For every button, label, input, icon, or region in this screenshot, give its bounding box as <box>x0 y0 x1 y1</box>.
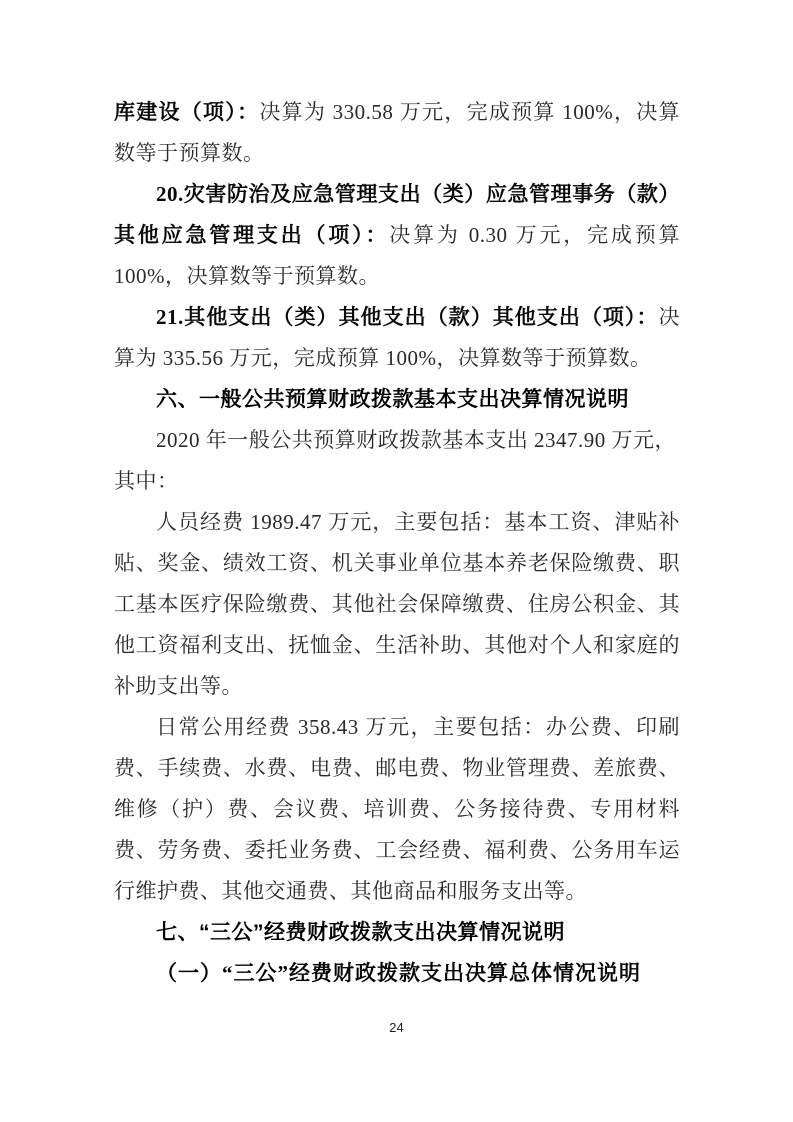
page-number: 24 <box>0 1020 793 1035</box>
paragraph-personnel-funds: 人员经费 1989.47 万元，主要包括：基本工资、津贴补贴、奖金、绩效工资、机… <box>114 502 680 707</box>
paragraph-daily-public-funds: 日常公用经费 358.43 万元，主要包括：办公费、印刷费、手续费、水费、电费、… <box>114 707 680 912</box>
paragraph-item20: 20.灾害防治及应急管理支出（类）应急管理事务（款）其他应急管理支出（项）：决算… <box>114 174 680 297</box>
paragraph-item21: 21.其他支出（类）其他支出（款）其他支出（项）：决算为 335.56 万元，完… <box>114 297 680 379</box>
item21-heading-run: 21.其他支出（类）其他支出（款）其他支出（项）： <box>156 305 659 329</box>
item19-heading-run: 库建设（项）： <box>114 100 259 124</box>
document-page: 库建设（项）：决算为 330.58 万元，完成预算 100%，决算数等于预算数。… <box>0 0 793 1122</box>
basic-expenditure-line1: 2020 年一般公共预算财政拨款基本支出 2347.90 万元， <box>156 428 676 452</box>
paragraph-basic-expenditure-total: 2020 年一般公共预算财政拨款基本支出 2347.90 万元，其中： <box>114 420 680 502</box>
page-content: 库建设（项）：决算为 330.58 万元，完成预算 100%，决算数等于预算数。… <box>114 92 680 994</box>
section-heading-seven-sub-one: （一）“三公”经费财政拨款支出决算总体情况说明 <box>114 953 680 994</box>
section-heading-seven: 七、“三公”经费财政拨款支出决算情况说明 <box>114 912 680 953</box>
basic-expenditure-line2: 其中： <box>114 461 680 502</box>
section-heading-six: 六、一般公共预算财政拨款基本支出决算情况说明 <box>114 379 680 420</box>
paragraph-item19-continuation: 库建设（项）：决算为 330.58 万元，完成预算 100%，决算数等于预算数。 <box>114 92 680 174</box>
